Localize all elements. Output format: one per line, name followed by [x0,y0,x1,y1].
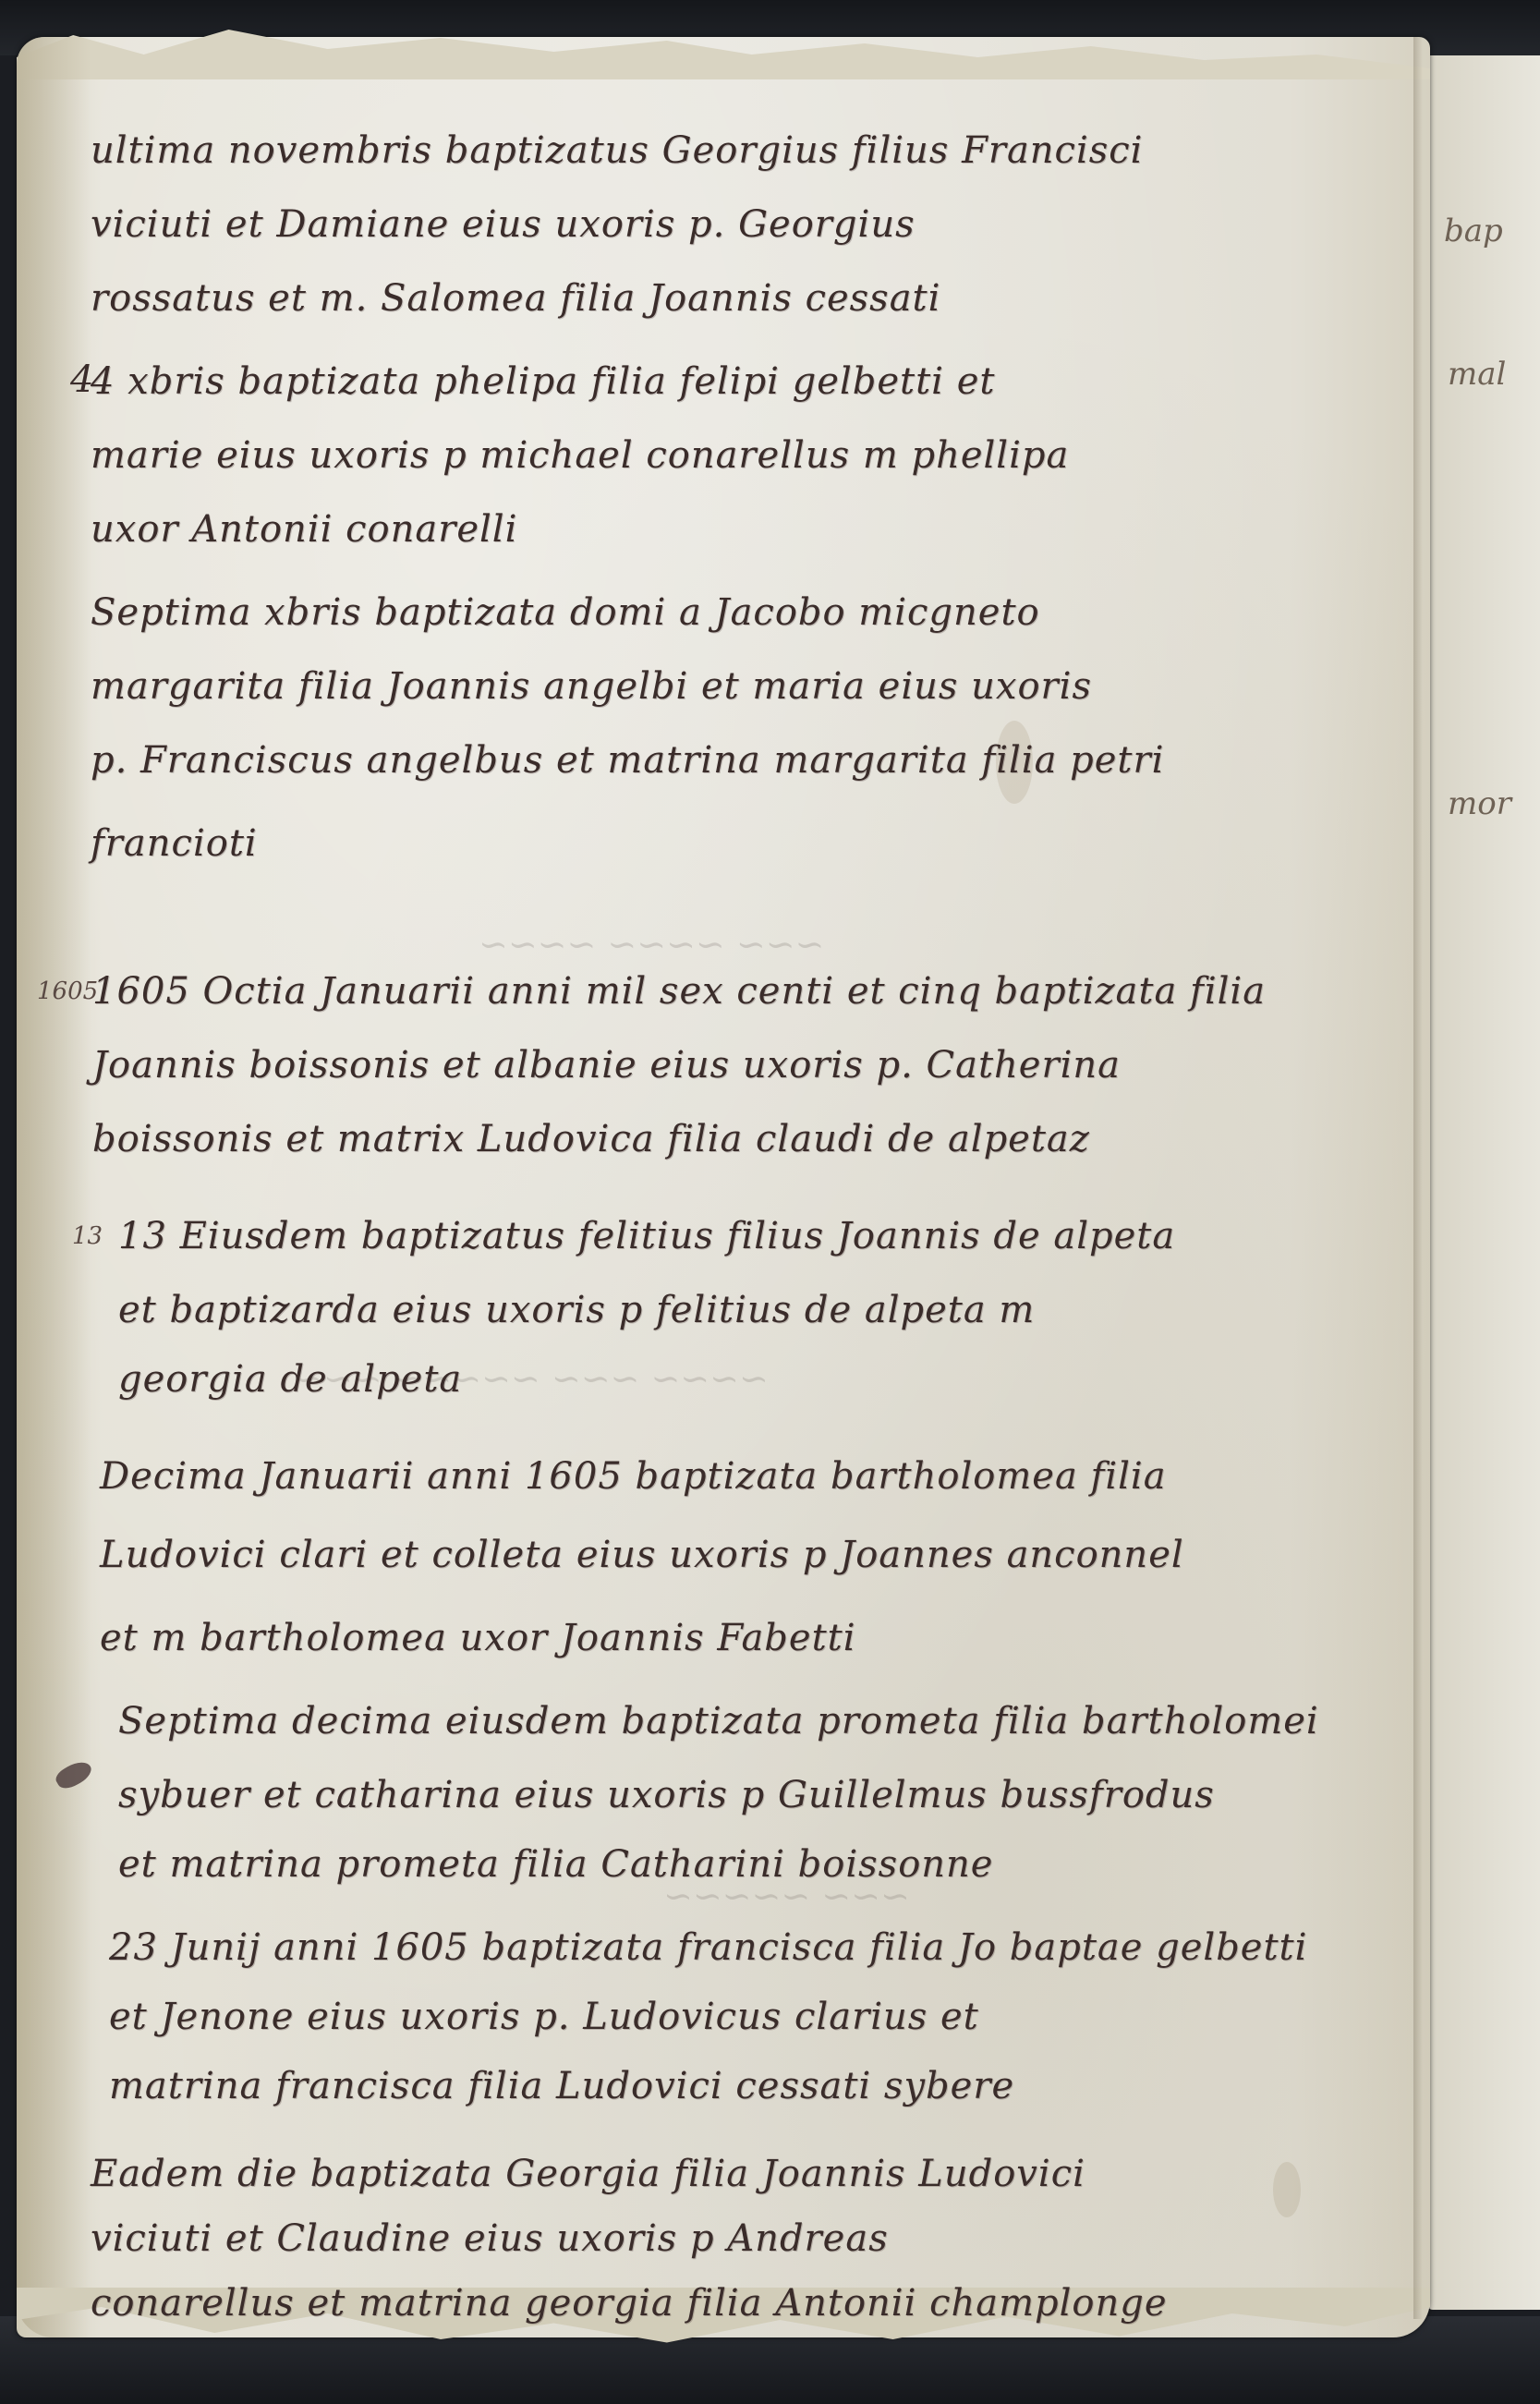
entry-line: matrina francisca filia Ludovici cessati… [109,2065,1014,2107]
entry-line: viciuti et Claudine eius uxoris p Andrea… [91,2217,889,2260]
entry-line: georgia de alpeta [118,1358,462,1401]
facing-page-edge: bap mal mor [1427,55,1540,2310]
entry-line: ultima novembris baptizatus Georgius fil… [91,129,1143,172]
book-gutter-fold [1413,37,1423,2319]
entry-line: Joannis boissonis et albanie eius uxoris… [92,1044,1121,1087]
facing-page-fragment: mor [1448,785,1511,822]
entry-line: 4 xbris baptizata phelipa filia felipi g… [91,360,995,403]
margin-year-note: 1605 [37,977,98,1005]
entry-line: et Jenone eius uxoris p. Ludovicus clari… [109,1996,979,2038]
entry-line: 13 Eiusdem baptizatus felitius filius Jo… [118,1215,1175,1257]
entry-line: p. Franciscus angelbus et matrina margar… [91,739,1164,782]
entry-line: rossatus et m. Salomea filia Joannis ces… [91,277,940,320]
entry-line: margarita filia Joannis angelbi et maria… [91,665,1092,708]
margin-day-number: 13 [72,1222,103,1250]
entry-line: Eadem die baptizata Georgia filia Joanni… [91,2153,1085,2195]
entry-line: marie eius uxoris p michael conarellus m… [91,434,1069,477]
facing-page-fragment: bap [1444,212,1503,249]
entry-line: Septima xbris baptizata domi a Jacobo mi… [91,591,1040,634]
entry-line: 1605 Octia Januarii anni mil sex centi e… [92,970,1266,1013]
facing-page-fragment: mal [1448,356,1506,393]
entry-line: et matrina prometa filia Catharini boiss… [118,1843,993,1886]
entry-line: Ludovici clari et colleta eius uxoris p … [100,1534,1184,1576]
entry-line: conarellus et matrina georgia filia Anto… [91,2282,1168,2325]
entry-line: et baptizarda eius uxoris p felitius de … [118,1289,1035,1331]
entry-line: francioti [91,822,258,865]
entry-line: Decima Januarii anni 1605 baptizata bart… [100,1455,1167,1498]
entry-line: boissonis et matrix Ludovica filia claud… [92,1118,1090,1160]
entry-line: uxor Antonii conarelli [91,508,517,551]
entry-line: et m bartholomea uxor Joannis Fabetti [100,1617,856,1659]
entry-line: sybuer et catharina eius uxoris p Guille… [118,1774,1215,1816]
manuscript-page: ~~~ ~~~~ ~~~~ ~~~~ ~~~ ~~~~~ ~~~ ~~~ ~~~… [17,37,1430,2337]
entry-line: Septima decima eiusdem baptizata prometa… [118,1700,1319,1742]
entry-line: 23 Junij anni 1605 baptizata francisca f… [109,1926,1307,1969]
entry-line: viciuti et Damiane eius uxoris p. Georgi… [91,203,916,246]
bleed-through-text: ~~~ ~~~~ ~~~~ [479,924,824,965]
ink-stain [1273,2162,1301,2217]
